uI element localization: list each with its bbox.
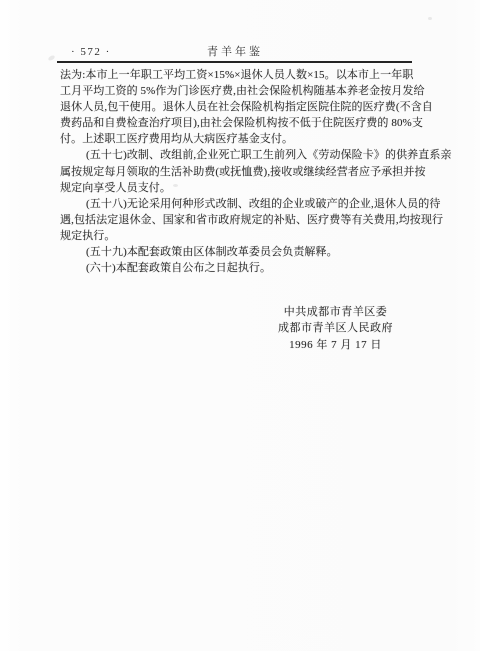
paragraph-article-58: (五十八)无论采用何种形式改制、改组的企业或破产的企业,退休人员的待 遇,包括法… [60,196,414,244]
paragraph-article-59: (五十九)本配套政策由区体制改革委员会负责解释。 [60,244,414,260]
body-text-line: 法为:本市上一年职工平均工资×15%×退休人员人数×15。以本市上一年职 [60,67,414,83]
scan-artifact [173,184,178,187]
page-header: · 572 · 青羊年鉴 [58,45,412,60]
signature-date: 1996 年 7 月 17 日 [278,337,393,353]
body-text-line: (五十七)改制、改组前,企业死亡职工生前列入《劳动保险卡》的供养直系亲 [60,147,414,163]
body-text-line: 退休人员,包干使用。退休人员在社会保险机构指定医院住院的医疗费(不含自 [60,99,414,115]
body-text-line: 费药品和自费检查治疗项目),由社会保险机构按不低于住院医疗费的 80%支 [60,115,414,131]
book-title: 青羊年鉴 [58,45,412,60]
body-text-line: 工月平均工资的 5%作为门诊医疗费,由社会保险机构随基本养老金按月发给 [60,83,414,99]
paragraph-article-57: (五十七)改制、改组前,企业死亡职工生前列入《劳动保险卡》的供养直系亲 属按规定… [60,147,414,195]
scan-artifact [47,55,55,62]
scanned-yearbook-page: · 572 · 青羊年鉴 法为:本市上一年职工平均工资×15%×退休人员人数×1… [0,0,480,651]
body-text-line: 规定执行。 [60,228,414,244]
body-text-line: 属按规定每月领取的生活补助费(或抚恤费),接收或继续经营者应予承担并按 [60,164,414,180]
signature-org-party-committee: 中共成都市青羊区委 [278,304,393,320]
body-text-line: 遇,包括法定退休金、国家和省市政府规定的补贴、医疗费等有关费用,均按现行 [60,212,414,228]
body-text-line: (五十八)无论采用何种形式改制、改组的企业或破产的企业,退休人员的待 [60,196,414,212]
body-text-line: 付。上述职工医疗费用均从大病医疗基金支付。 [60,131,414,147]
document-body: 法为:本市上一年职工平均工资×15%×退休人员人数×15。以本市上一年职 工月平… [60,67,414,276]
paragraph-continuation: 法为:本市上一年职工平均工资×15%×退休人员人数×15。以本市上一年职 工月平… [60,67,414,147]
signature-org-people-government: 成都市青羊区人民政府 [278,320,393,336]
body-text-line: 规定向享受人员支付。 [60,180,414,196]
scan-artifact [428,17,432,20]
signature-block: 中共成都市青羊区委 成都市青羊区人民政府 1996 年 7 月 17 日 [278,304,393,353]
paragraph-article-60: (六十)本配套政策自公布之日起执行。 [60,260,414,276]
body-text-line: (六十)本配套政策自公布之日起执行。 [60,260,414,276]
header-divider-rule [57,61,412,63]
body-text-line: (五十九)本配套政策由区体制改革委员会负责解释。 [60,244,414,260]
